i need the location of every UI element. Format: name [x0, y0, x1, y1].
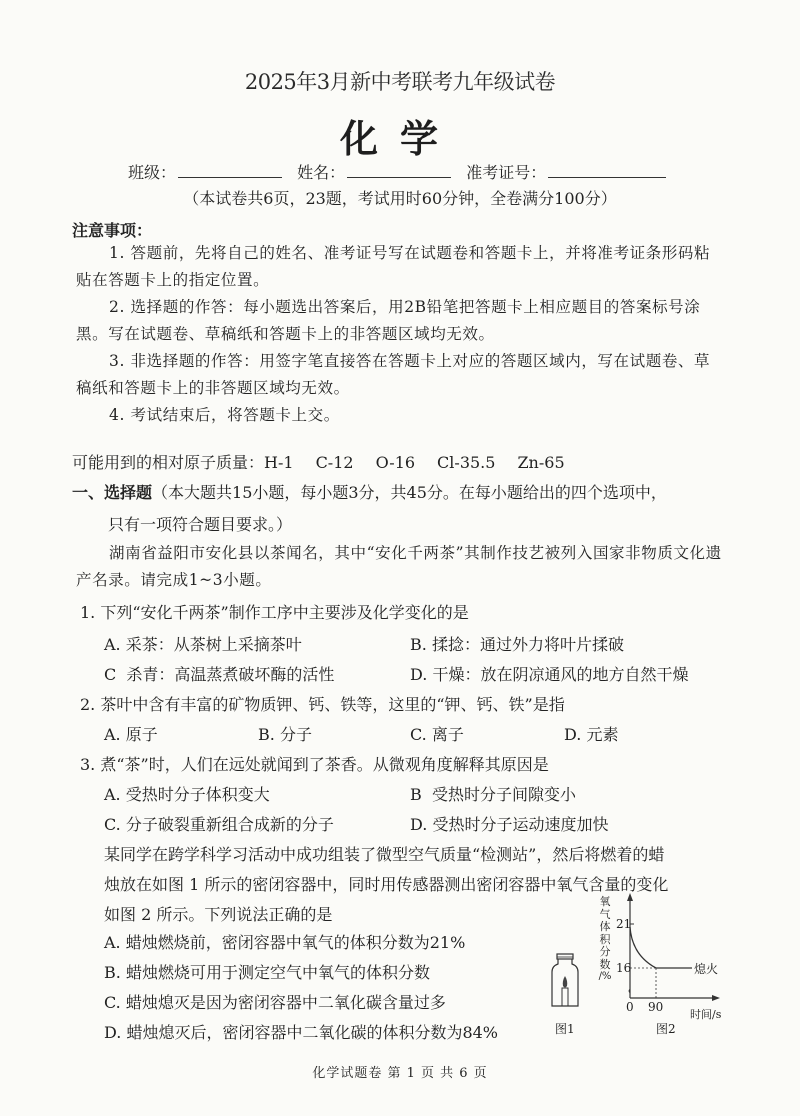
option-key: A.: [104, 785, 121, 804]
atomic-masses: 可能用到的相对原子质量：H-1C-12O-16Cl-35.5Zn-65: [72, 450, 565, 473]
q1-option-b[interactable]: B. 揉捻：通过外力将叶片揉破: [410, 632, 624, 655]
exam-page: 2025年3月新中考联考九年级试卷 化学 班级： 姓名： 准考证号： （本试卷共…: [0, 0, 800, 1116]
class-blank[interactable]: [178, 163, 282, 178]
section-heading: 一、选择题（本大题共15小题，每小题3分，共45分。在每小题给出的四个选项中，: [72, 480, 667, 503]
figure-2-caption: 图2: [656, 1020, 676, 1037]
question-1: 1. 下列“安化千两茶”制作工序中主要涉及化学变化的是: [80, 600, 469, 623]
question-stem: 茶叶中含有丰富的矿物质钾、钙、铁等，这里的“钾、钙、铁”是指: [100, 695, 564, 714]
q3-option-b[interactable]: B 受热时分子间隙变小: [410, 782, 576, 805]
option-text: 蜡烛熄灭后，密闭容器中二氧化碳的体积分数为84%: [126, 1023, 498, 1042]
notice-item-2: 2. 选择题的作答：每小题选出答案后，用2B铅笔把答题卡上相应题目的答案标号涂黑…: [76, 294, 726, 348]
option-text: 元素: [586, 725, 618, 744]
q4-option-b[interactable]: B. 蜡烛燃烧可用于测定空气中氧气的体积分数: [104, 960, 430, 983]
option-text: 蜡烛熄灭是因为密闭容器中二氧化碳含量过多: [126, 993, 446, 1012]
subject-title: 化学: [0, 108, 800, 163]
notice-item-4: 4. 考试结束后，将答题卡上交。: [76, 402, 726, 429]
option-key: C.: [104, 993, 121, 1012]
question-stem: 煮“茶”时，人们在远处就闻到了茶香。从微观角度解释其原因是: [100, 755, 548, 774]
option-key: C: [104, 665, 116, 684]
chart-x-label: 时间/s: [690, 1006, 721, 1022]
exam-info: （本试卷共6页，23题，考试用时60分钟，全卷满分100分）: [0, 186, 800, 209]
option-text: 受热时分子运动速度加快: [432, 815, 608, 834]
student-info-fields: 班级： 姓名： 准考证号：: [128, 160, 672, 183]
option-text: 采茶：从茶树上采摘茶叶: [126, 635, 302, 654]
option-text: 离子: [432, 725, 464, 744]
question-number: 1.: [80, 603, 95, 622]
q2-option-a[interactable]: A. 原子: [104, 722, 158, 745]
option-text: 分子: [280, 725, 312, 744]
option-key: A.: [104, 635, 121, 654]
name-label: 姓名：: [297, 163, 345, 182]
option-key: D.: [410, 665, 427, 684]
figure-2-chart: [610, 893, 720, 1008]
q1-option-d[interactable]: D. 干燥：放在阴凉通风的地方自然干燥: [410, 662, 688, 685]
section-desc-2: 只有一项符合题目要求。）: [108, 512, 292, 535]
q3-option-c[interactable]: C. 分子破裂重新组合成新的分子: [104, 812, 334, 835]
exam-id-label: 准考证号：: [466, 163, 546, 182]
option-text: 杀青：高温蒸煮破坏酶的活性: [126, 665, 334, 684]
question-3: 3. 煮“茶”时，人们在远处就闻到了茶香。从微观角度解释其原因是: [80, 752, 549, 775]
option-text: 分子破裂重新组合成新的分子: [126, 815, 334, 834]
question-stem: 下列“安化千两茶”制作工序中主要涉及化学变化的是: [100, 603, 468, 622]
option-text: 干燥：放在阴凉通风的地方自然干燥: [432, 665, 688, 684]
context-candle-3: 如图 2 所示。下列说法正确的是: [104, 902, 332, 925]
option-text: 受热时分子间隙变小: [432, 785, 576, 804]
option-text: 受热时分子体积变大: [126, 785, 270, 804]
option-key: B.: [258, 725, 275, 744]
option-key: D.: [104, 1023, 121, 1042]
option-key: C.: [410, 725, 427, 744]
element-cl: Cl-35.5: [437, 453, 495, 472]
x-tick-90: 90: [648, 1000, 663, 1014]
y-tick-16: 16: [616, 961, 631, 975]
atomic-masses-label: 可能用到的相对原子质量：: [72, 453, 264, 472]
figure-1-caption: 图1: [555, 1020, 575, 1037]
section-title: 一、选择题: [72, 483, 152, 502]
option-text: 蜡烛燃烧可用于测定空气中氧气的体积分数: [126, 963, 430, 982]
option-key: B.: [104, 963, 121, 982]
q4-option-d[interactable]: D. 蜡烛熄灭后，密闭容器中二氧化碳的体积分数为84%: [104, 1020, 498, 1043]
q2-option-c[interactable]: C. 离子: [410, 722, 464, 745]
element-zn: Zn-65: [517, 453, 564, 472]
context-candle-1: 某同学在跨学科学习活动中成功组装了微型空气质量“检测站”，然后将燃着的蜡: [104, 842, 664, 865]
chart-annotation-extinguished: 熄火: [694, 960, 718, 977]
q1-option-c[interactable]: C 杀青：高温蒸煮破坏酶的活性: [104, 662, 334, 685]
exam-id-blank[interactable]: [548, 163, 666, 178]
q1-option-a[interactable]: A. 采茶：从茶树上采摘茶叶: [104, 632, 302, 655]
q4-option-c[interactable]: C. 蜡烛熄灭是因为密闭容器中二氧化碳含量过多: [104, 990, 446, 1013]
q2-option-b[interactable]: B. 分子: [258, 722, 312, 745]
x-tick-0: 0: [626, 1000, 634, 1014]
element-o: O-16: [376, 453, 415, 472]
q3-option-d[interactable]: D. 受热时分子运动速度加快: [410, 812, 608, 835]
context-tea: 湖南省益阳市安化县以茶闻名，其中“安化千两茶”其制作技艺被列入国家非物质文化遗产…: [76, 540, 726, 594]
element-h: H-1: [264, 453, 294, 472]
q4-option-a[interactable]: A. 蜡烛燃烧前，密闭容器中氧气的体积分数为21%: [104, 930, 465, 953]
option-key: C.: [104, 815, 121, 834]
notice-item-3: 3. 非选择题的作答：用签字笔直接答在答题卡上对应的答题区域内，写在试题卷、草稿…: [76, 348, 726, 402]
option-text: 原子: [126, 725, 158, 744]
question-2: 2. 茶叶中含有丰富的矿物质钾、钙、铁等，这里的“钾、钙、铁”是指: [80, 692, 565, 715]
option-key: B.: [410, 635, 427, 654]
context-candle-2: 烛放在如图 1 所示的密闭容器中，同时用传感器测出密闭容器中氧气含量的变化: [104, 872, 668, 895]
page-footer: 化学试题卷 第 1 页 共 6 页: [0, 1062, 800, 1081]
exam-title: 2025年3月新中考联考九年级试卷: [0, 66, 800, 96]
element-c: C-12: [316, 453, 354, 472]
option-key: B: [410, 785, 422, 804]
q2-option-d[interactable]: D. 元素: [564, 722, 618, 745]
name-blank[interactable]: [347, 163, 451, 178]
question-number: 3.: [80, 755, 95, 774]
class-label: 班级：: [128, 163, 176, 182]
question-number: 2.: [80, 695, 95, 714]
option-key: A.: [104, 933, 121, 952]
notice-heading: 注意事项：: [72, 218, 152, 241]
option-key: A.: [104, 725, 121, 744]
y-tick-21: 21: [616, 917, 631, 931]
section-desc-1: （本大题共15小题，每小题3分，共45分。在每小题给出的四个选项中，: [152, 483, 667, 502]
notice-item-1: 1. 答题前，先将自己的姓名、准考证号写在试题卷和答题卡上，并将准考证条形码粘贴…: [76, 240, 726, 294]
option-key: D.: [564, 725, 581, 744]
option-text: 揉捻：通过外力将叶片揉破: [432, 635, 624, 654]
option-text: 蜡烛燃烧前，密闭容器中氧气的体积分数为21%: [126, 933, 466, 952]
option-key: D.: [410, 815, 427, 834]
q3-option-a[interactable]: A. 受热时分子体积变大: [104, 782, 270, 805]
